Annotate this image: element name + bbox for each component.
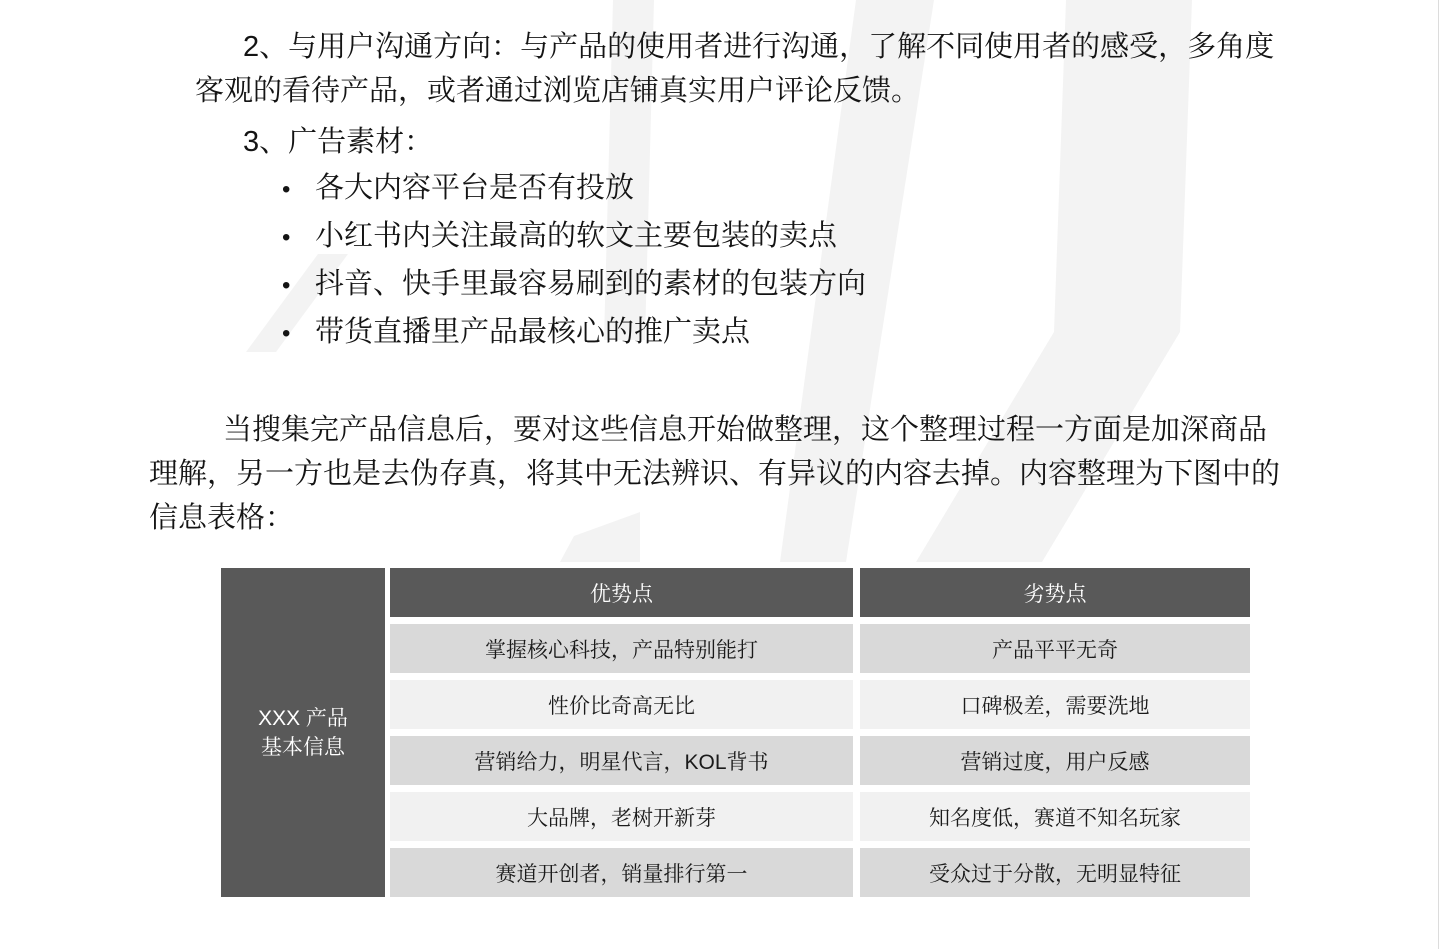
table-cell: 产品平平无奇 [860, 624, 1250, 673]
table-row-label: XXX 产品 基本信息 [221, 568, 385, 897]
document-page: { "page": { "background": "#ffffff", "ed… [0, 0, 1441, 949]
paragraph-line: 信息表格： [149, 496, 1280, 540]
list-item-text: 抖音、快手里最容易刷到的素材的包装方向 [315, 268, 866, 300]
table-cell: 知名度低，赛道不知名玩家 [860, 792, 1250, 841]
row-label-line: XXX 产品 [258, 704, 348, 733]
paragraph-user-communication: 2、与用户沟通方向：与产品的使用者进行沟通，了解不同使用者的感受，多角度 客观的… [195, 25, 1274, 113]
paragraph-line: 2、与用户沟通方向：与产品的使用者进行沟通，了解不同使用者的感受，多角度 [195, 25, 1274, 69]
bullet-icon: • [282, 215, 315, 261]
paragraph-info-sorting: 当搜集完产品信息后，要对这些信息开始做整理，这个整理过程一方面是加深商品 理解，… [149, 408, 1280, 540]
paragraph-ad-material-heading: 3、广告素材： [243, 120, 433, 164]
ad-material-bullet-list: •各大内容平台是否有投放 •小红书内关注最高的软文主要包装的卖点 •抖音、快手里… [282, 165, 866, 357]
list-item: •带货直播里产品最核心的推广卖点 [282, 309, 866, 357]
product-info-table: XXX 产品 基本信息 优势点 劣势点 掌握核心科技，产品特别能打 产品平平无奇… [221, 568, 1250, 897]
table-cell: 掌握核心科技，产品特别能打 [390, 624, 853, 673]
table-cell: 口碑极差，需要洗地 [860, 680, 1250, 729]
bullet-icon: • [282, 311, 315, 357]
table-cell: 营销过度，用户反感 [860, 736, 1250, 785]
table-cell: 大品牌，老树开新芽 [390, 792, 853, 841]
list-item: •各大内容平台是否有投放 [282, 165, 866, 213]
list-item-text: 小红书内关注最高的软文主要包装的卖点 [315, 220, 837, 252]
table-cell: 营销给力，明星代言，KOL背书 [390, 736, 853, 785]
list-item-text: 带货直播里产品最核心的推广卖点 [315, 316, 750, 348]
list-item-text: 各大内容平台是否有投放 [315, 172, 634, 204]
list-item: •抖音、快手里最容易刷到的素材的包装方向 [282, 261, 866, 309]
bullet-icon: • [282, 167, 315, 213]
table-header-advantages: 优势点 [390, 568, 853, 617]
table-header-disadvantages: 劣势点 [860, 568, 1250, 617]
table-cell: 赛道开创者，销量排行第一 [390, 848, 853, 897]
paragraph-line: 客观的看待产品，或者通过浏览店铺真实用户评论反馈。 [195, 69, 1274, 113]
paragraph-line: 当搜集完产品信息后，要对这些信息开始做整理，这个整理过程一方面是加深商品 [149, 408, 1280, 452]
document-canvas: 2、与用户沟通方向：与产品的使用者进行沟通，了解不同使用者的感受，多角度 客观的… [0, 0, 1441, 949]
table-cell: 受众过于分散，无明显特征 [860, 848, 1250, 897]
list-item: •小红书内关注最高的软文主要包装的卖点 [282, 213, 866, 261]
row-label-line: 基本信息 [261, 733, 345, 762]
table-cell: 性价比奇高无比 [390, 680, 853, 729]
paragraph-line: 理解，另一方也是去伪存真，将其中无法辨识、有异议的内容去掉。内容整理为下图中的 [149, 452, 1280, 496]
bullet-icon: • [282, 263, 315, 309]
